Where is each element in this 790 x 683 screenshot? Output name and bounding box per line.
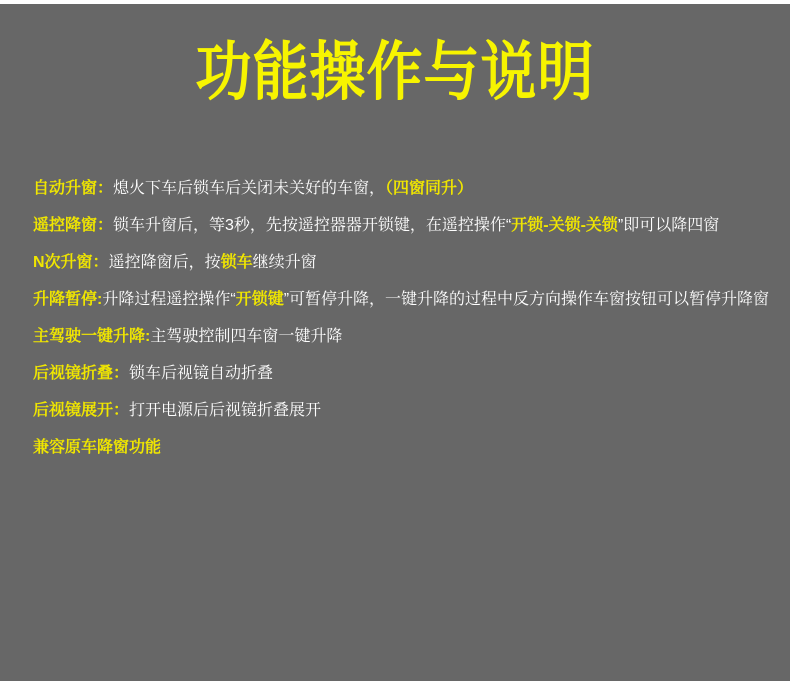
- feature-segment-body: 锁车升窗后，等3秒，先按遥控器器开锁键，在遥控操作: [113, 217, 506, 234]
- feature-segment-highlight: 锁车: [221, 254, 253, 271]
- feature-segment-highlight: 开锁键: [236, 291, 284, 308]
- feature-segment-body: 打开电源后后视镜折叠展开: [129, 402, 321, 419]
- feature-line: 主驾驶一键升降:主驾驶控制四车窗一键升降: [33, 318, 778, 355]
- feature-line: 遥控降窗：锁车升窗后，等3秒，先按遥控器器开锁键，在遥控操作“开锁-关锁-关锁”…: [33, 207, 778, 244]
- feature-line: N次升窗：遥控降窗后，按锁车继续升窗: [33, 244, 778, 281]
- feature-line: 后视镜折叠：锁车后视镜自动折叠: [33, 355, 778, 392]
- feature-line: 自动升窗：熄火下车后锁车后关闭未关好的车窗，（四窗同升）: [33, 170, 778, 207]
- feature-segment-body: 主驾驶控制四车窗一键升降: [150, 328, 342, 345]
- feature-segment-highlight: 开锁-关锁-关锁: [511, 217, 618, 234]
- feature-segment-body: 熄火下车后锁车后关闭未关好的车窗，: [113, 180, 385, 197]
- feature-segment-label: 兼容原车降窗功能: [33, 439, 161, 456]
- feature-line: 兼容原车降窗功能: [33, 429, 778, 466]
- feature-segment-label: 后视镜折叠：: [33, 365, 129, 382]
- feature-segment-body: ”即可以降四窗: [618, 217, 719, 234]
- feature-segment-label: 自动升窗：: [33, 180, 113, 197]
- feature-segment-label: 升降暂停:: [33, 291, 102, 308]
- product-description-page: 功能操作与说明 自动升窗：熄火下车后锁车后关闭未关好的车窗，（四窗同升）遥控降窗…: [0, 0, 790, 683]
- feature-segment-label: 遥控降窗：: [33, 217, 113, 234]
- feature-segment-body: 升降过程遥控操作: [102, 291, 230, 308]
- feature-list: 自动升窗：熄火下车后锁车后关闭未关好的车窗，（四窗同升）遥控降窗：锁车升窗后，等…: [0, 170, 790, 466]
- feature-segment-body: 继续升窗: [253, 254, 317, 271]
- feature-segment-body: 锁车后视镜自动折叠: [129, 365, 273, 382]
- feature-line: 升降暂停:升降过程遥控操作“开锁键”可暂停升降，一键升降的过程中反方向操作车窗按…: [33, 281, 778, 318]
- feature-line: 后视镜展开：打开电源后后视镜折叠展开: [33, 392, 778, 429]
- feature-segment-body: 遥控降窗后，按: [109, 254, 221, 271]
- gray-background-panel: 功能操作与说明 自动升窗：熄火下车后锁车后关闭未关好的车窗，（四窗同升）遥控降窗…: [0, 4, 790, 681]
- feature-segment-body: ”可暂停升降，一键升降的过程中反方向操作车窗按钮可以暂停升降窗: [284, 291, 769, 308]
- feature-segment-label: 后视镜展开：: [33, 402, 129, 419]
- feature-segment-label: 主驾驶一键升降:: [33, 328, 150, 345]
- feature-segment-label: N次升窗：: [33, 254, 109, 271]
- page-title: 功能操作与说明: [0, 26, 790, 118]
- feature-segment-highlight: （四窗同升）: [385, 180, 473, 197]
